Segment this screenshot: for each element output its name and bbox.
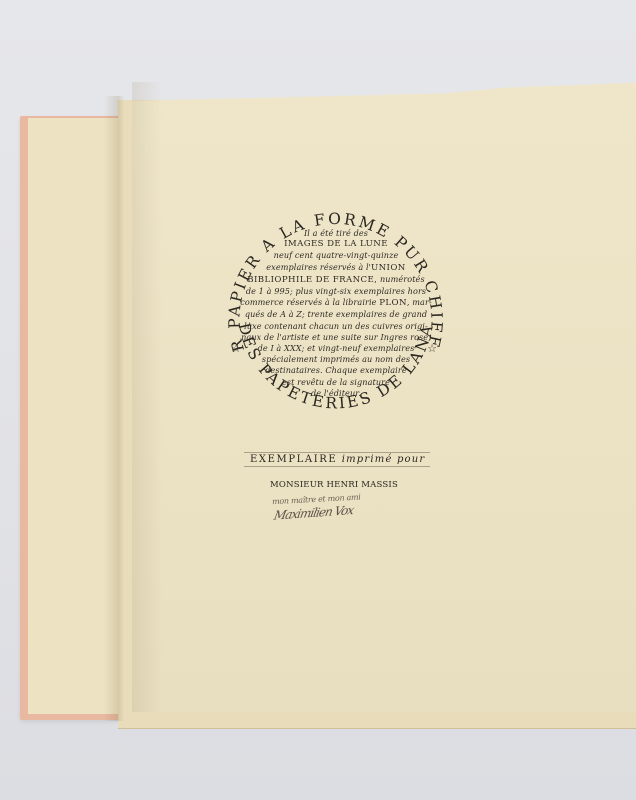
line: spécialement imprimés au nom des — [236, 354, 436, 365]
line: est revêtu de la signature — [236, 377, 436, 388]
line: Il a été tiré des — [236, 228, 436, 239]
line-text: commerce réservés à la librairie — [240, 297, 379, 307]
exemplaire-label: EXEMPLAIRE imprimé pour — [244, 452, 430, 467]
line: BIBLIOPHILE DE FRANCE, numérotés — [236, 274, 436, 286]
circular-text-ring: SUR PAPIER A LA FORME PUR CHIFFON DES PA… — [0, 0, 636, 800]
line: de I à XXX; et vingt-neuf exemplaires — [236, 343, 436, 354]
line-text: , mar- — [407, 297, 432, 307]
line: de l'éditeur. — [236, 388, 436, 399]
line: naux de l'artiste et une suite sur Ingre… — [236, 332, 436, 343]
colophon-block: SUR PAPIER A LA FORME PUR CHIFFON DES PA… — [0, 0, 636, 800]
line: de 1 à 995; plus vingt-six exemplaires h… — [236, 286, 436, 297]
limitation-statement: Il a été tiré des IMAGES DE LA LUNE neuf… — [236, 228, 436, 399]
line-text: numérotés — [377, 274, 424, 284]
line: qués de A à Z; trente exemplaires de gra… — [236, 309, 436, 320]
exemplaire-caps: EXEMPLAIRE — [250, 454, 337, 465]
line-text: exemplaires réservés à l' — [266, 262, 371, 272]
exemplaire-rest: imprimé pour — [337, 454, 425, 465]
line-caps: BIBLIOPHILE DE FRANCE, — [247, 275, 377, 285]
line: commerce réservés à la librairie PLON, m… — [236, 297, 436, 309]
line-caps: UNION — [371, 263, 406, 273]
line-caps: PLON — [379, 298, 407, 308]
book-title: IMAGES DE LA LUNE — [236, 239, 436, 250]
line: neuf cent quatre-vingt-quinze — [236, 250, 436, 261]
line: luxe contenant chacun un des cuivres ori… — [236, 321, 436, 332]
line: exemplaires réservés à l'UNION — [236, 262, 436, 274]
line: destinataires. Chaque exemplaire — [236, 365, 436, 376]
